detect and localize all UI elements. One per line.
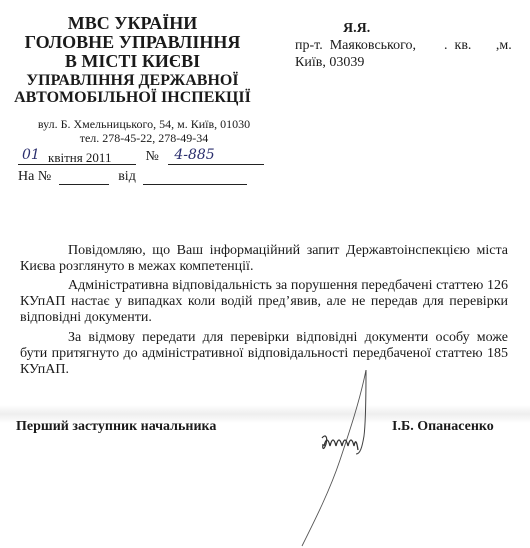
outgoing-date-field: 01 квітня 2011 [18, 150, 136, 165]
outgoing-number-label: № [146, 149, 159, 164]
letterhead-phone: тел. 278-45-22, 278-49-34 [18, 131, 270, 145]
outgoing-day: 01 [22, 147, 40, 164]
letterhead-address: вул. Б. Хмельницького, 54, м. Київ, 0103… [18, 117, 270, 131]
reference-row: На № від [18, 168, 247, 185]
outgoing-date-row: 01 квітня 2011 № 4-885 [18, 148, 264, 165]
recipient-name: Я.Я. [343, 20, 370, 37]
recipient-street: пр-т. Маяковського, . кв. ,м. [295, 37, 512, 54]
signatory-position: Перший заступник начальника [16, 419, 216, 435]
outgoing-number-field: 4-885 [168, 150, 264, 165]
outgoing-number: 4-885 [174, 147, 214, 164]
reference-number-field [59, 170, 109, 185]
body-paragraph-2: Адміністративна відповідальність за пору… [20, 278, 508, 326]
letterhead-department: ГОЛОВНЕ УПРАВЛІННЯ [0, 33, 265, 52]
reference-date-label: від [118, 169, 136, 184]
letterhead-city: В МІСТІ КИЄВІ [0, 52, 265, 71]
body-paragraph-1: Повідомляю, що Ваш інформаційний запит Д… [20, 243, 508, 275]
recipient-city: Київ, 03039 [295, 54, 364, 71]
reference-date-field [143, 170, 247, 185]
letterhead-directorate: УПРАВЛІННЯ ДЕРЖАВНОЇ [0, 72, 265, 90]
reference-number-label: На № [18, 169, 51, 184]
handwritten-signature-icon [300, 370, 410, 548]
letterhead-inspection: АВТОМОБІЛЬНОЇ ІНСПЕКЦІЇ [0, 89, 265, 107]
body-paragraph-3: За відмову передати для перевірки відпов… [20, 330, 508, 378]
letterhead-ministry: МВС УКРАЇНИ [0, 14, 265, 33]
outgoing-month-year: квітня 2011 [48, 149, 111, 166]
